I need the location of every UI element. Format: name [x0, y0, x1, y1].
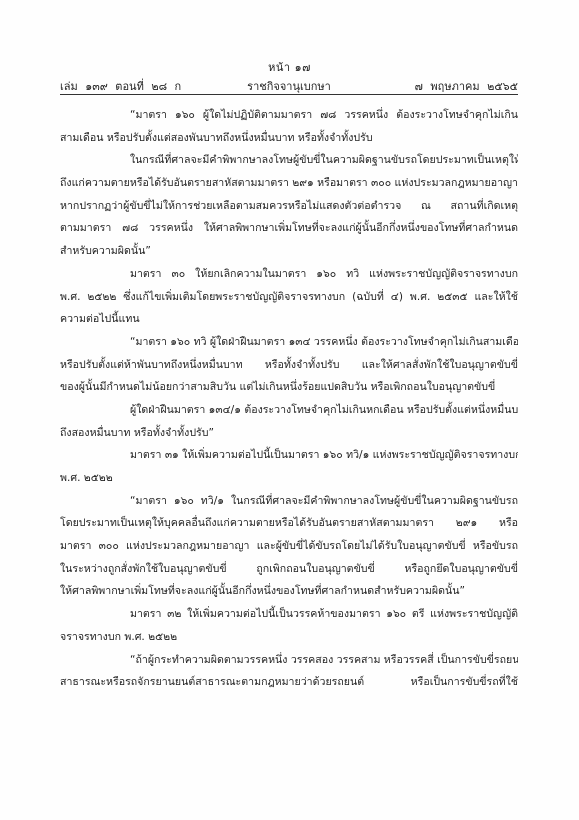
text-line: “มาตรา ๑๖๐ ทวิ ผู้ใดฝ่าฝืนมาตรา ๑๓๔ วรรค… — [60, 331, 518, 354]
text-line: หรือปรับตั้งแต่ห้าพันบาทถึงหนึ่งหมื่นบาท… — [60, 354, 518, 377]
gazette-header: เล่ม ๑๓๙ ตอนที่ ๒๘ ก ราชกิจจานุเบกษา ๗ พ… — [60, 77, 518, 93]
text-line: โดยประมาทเป็นเหตุให้บุคคลอื่นถึงแก่ความต… — [60, 512, 518, 535]
text-line: “มาตรา ๑๖๐ ทวิ/๑ ในกรณีที่ศาลจะมีคำพิพาก… — [60, 490, 518, 513]
text-line: พ.ศ. ๒๕๒๒ — [60, 467, 518, 490]
text-line: มาตรา ๓๐ ให้ยกเลิกความในมาตรา ๑๖๐ ทวิ แห… — [60, 263, 518, 286]
text-line: พ.ศ. ๒๕๒๒ ซึ่งแก้ไขเพิ่มเติมโดยพระราชบัญ… — [60, 286, 518, 309]
publication-date: ๗ พฤษภาคม ๒๕๖๕ — [415, 77, 518, 95]
text-line: ให้ศาลพิพากษาเพิ่มโทษที่จะลงแก่ผู้นั้นอี… — [60, 580, 518, 603]
document-body: “มาตรา ๑๖๐ ผู้ใดไม่ปฏิบัติตามมาตรา ๗๘ วร… — [60, 104, 518, 694]
text-line: สำหรับความผิดนั้น” — [60, 240, 518, 263]
page-number: หน้า ๑๗ — [0, 58, 579, 76]
text-line: “ถ้าผู้กระทำความผิดตามวรรคหนึ่ง วรรคสอง … — [60, 649, 518, 672]
text-line: ถึงแก่ความตายหรือได้รับอันตรายสาหัสตามมา… — [60, 172, 518, 195]
text-line: หากปรากฏว่าผู้ขับขี่ไม่ให้การช่วยเหลือตา… — [60, 195, 518, 218]
document-page: หน้า ๑๗ เล่ม ๑๓๙ ตอนที่ ๒๘ ก ราชกิจจานุเ… — [0, 0, 579, 820]
text-line: ตามมาตรา ๗๘ วรรคหนึ่ง ให้ศาลพิพากษาเพิ่ม… — [60, 217, 518, 240]
text-line: ผู้ใดฝ่าฝืนมาตรา ๑๓๔/๑ ต้องระวางโทษจำคุก… — [60, 399, 518, 422]
text-line: ความต่อไปนี้แทน — [60, 308, 518, 331]
text-line: ในกรณีที่ศาลจะมีคำพิพากษาลงโทษผู้ขับขี่ใ… — [60, 149, 518, 172]
text-line: ถึงสองหมื่นบาท หรือทั้งจำทั้งปรับ” — [60, 422, 518, 445]
text-line: มาตรา ๓๐๐ แห่งประมวลกฎหมายอาญา และผู้ขับ… — [60, 535, 518, 558]
text-line: สามเดือน หรือปรับตั้งแต่สองพันบาทถึงหนึ่… — [60, 127, 518, 150]
header-rule — [60, 94, 518, 95]
text-line: มาตรา ๓๑ ให้เพิ่มความต่อไปนี้เป็นมาตรา ๑… — [60, 444, 518, 467]
text-line: ในระหว่างถูกสั่งพักใช้ใบอนุญาตขับขี่ ถูก… — [60, 558, 518, 581]
text-line: มาตรา ๓๒ ให้เพิ่มความต่อไปนี้เป็นวรรคห้า… — [60, 603, 518, 626]
text-line: ของผู้นั้นมีกำหนดไม่น้อยกว่าสามสิบวัน แต… — [60, 376, 518, 399]
text-line: “มาตรา ๑๖๐ ผู้ใดไม่ปฏิบัติตามมาตรา ๗๘ วร… — [60, 104, 518, 127]
text-line: จราจรทางบก พ.ศ. ๒๕๒๒ — [60, 626, 518, 649]
text-line: สาธารณะหรือรถจักรยานยนต์สาธารณะตามกฎหมาย… — [60, 671, 518, 694]
